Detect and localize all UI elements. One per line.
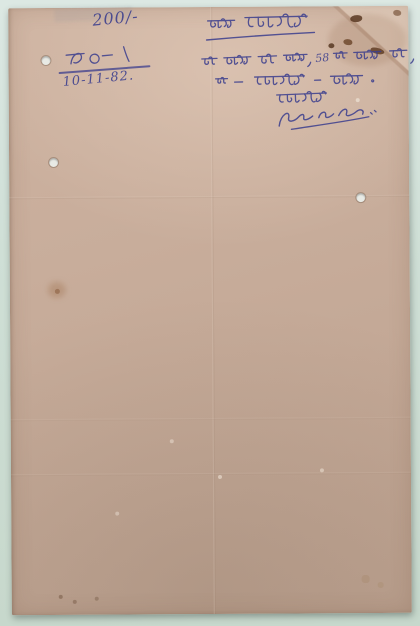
signature-handwritten (270, 100, 382, 136)
fold-crease-horizontal-upper (9, 195, 409, 199)
paper-sheet: 200/- 10-11-82. (8, 6, 412, 615)
punch-hole (49, 158, 58, 167)
stain (55, 289, 60, 294)
heading-handwritten (206, 10, 319, 43)
paper-specks-dark (8, 8, 10, 10)
ink-blot (393, 10, 401, 16)
fold-crease-horizontal-lower (11, 472, 411, 476)
photo-of-document: { "photo": { "backdrop_color": "#cfdfd6"… (0, 0, 420, 626)
address-number: 58 (315, 51, 330, 65)
punch-hole (41, 56, 50, 65)
amount-handwritten: 200/- (91, 6, 139, 29)
fold-crease-vertical-center (210, 7, 216, 614)
fold-crease-horizontal-middle (11, 417, 411, 421)
punch-hole (356, 193, 365, 202)
